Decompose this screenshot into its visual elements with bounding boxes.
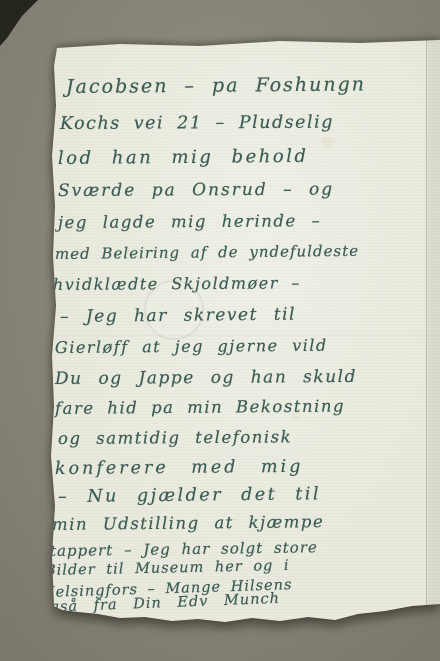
handwriting-line: med Beleiring af de yndefuldeste [55,242,359,263]
letter-paper-wrap: Jacobsen – pa FoshungnKochs vei 21 – Plu… [40,36,440,628]
handwriting-line: jeg lagde mig herinde – [58,211,321,232]
handwriting-line: Du og Jappe og han skuld [55,367,357,389]
handwriting-line: – Nu gjælder det til [58,484,321,507]
handwriting-line: Kochs vei 21 – Pludselig [60,113,334,134]
handwriting-line: og samtidig telefonisk [58,427,292,448]
handwriting-line: fare hid pa min Bekostning [55,396,345,418]
handwriting-line: Jacobsen – pa Foshungn [66,73,366,98]
handwriting-line: Gierløff at jeg gjerne vild [55,336,328,357]
handwriting-line: – Jeg har skrevet til [60,305,296,327]
handwriting-line: hvidklædte Skjoldmøer – [53,273,301,294]
handwriting-line: konferere med mig [55,457,304,479]
handwriting-line: Bilder til Museum her og i [45,558,290,579]
handwriting-block: Jacobsen – pa FoshungnKochs vei 21 – Plu… [40,36,440,628]
letter-paper: Jacobsen – pa FoshungnKochs vei 21 – Plu… [40,36,440,628]
handwriting-line: tappert – Jeg har solgt store [50,538,318,560]
handwriting-line: lod han mig behold [58,146,309,169]
handwriting-line: min Udstilling at kjæmpe [52,512,324,534]
photo-background: Jacobsen – pa FoshungnKochs vei 21 – Plu… [0,0,440,661]
handwriting-line: Sværde pa Onsrud – og [58,180,334,201]
